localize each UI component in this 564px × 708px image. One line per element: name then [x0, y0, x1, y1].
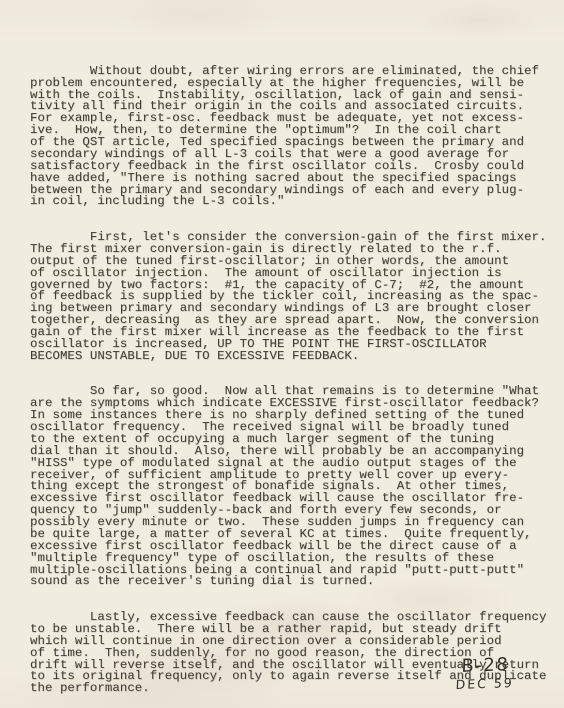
- page-code: B-28: [456, 656, 515, 677]
- page-date: DEC 59: [455, 676, 514, 691]
- paragraph-excessive-feedback-symptoms: So far, so good. Now all that remains is…: [30, 386, 550, 588]
- typewritten-page-body: Without doubt, after wiring errors are e…: [30, 42, 550, 707]
- paragraph-coils-instability: Without doubt, after wiring errors are e…: [30, 66, 550, 209]
- paragraph-conversion-gain: First, let's consider the conversion-gai…: [30, 232, 550, 363]
- handwritten-annotation: B-28 DEC 59: [455, 656, 514, 691]
